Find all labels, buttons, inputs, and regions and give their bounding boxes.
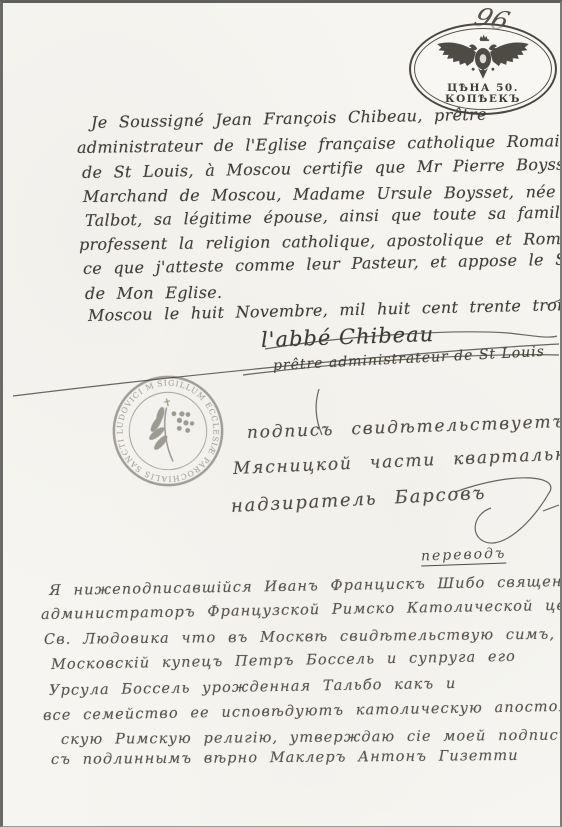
- priest-signature: l'abbé Chibeau: [261, 322, 435, 352]
- russian-line: Св. Людовика что въ Москвѣ свидѣтельству…: [44, 626, 562, 648]
- russian-line: Урсула Боссель урожденная Тальбо какъ и: [49, 676, 457, 699]
- scanned-document-page: 96 ЦѢНА 50. КОПѢЕКЪ: [0, 0, 562, 827]
- attestation-line: надзиратель Барсовъ: [230, 483, 486, 517]
- russian-line: Московскій купецъ Петръ Боссель и супруг…: [51, 649, 516, 673]
- revenue-stamp: ЦѢНА 50. КОПѢЕКЪ: [409, 23, 557, 115]
- french-line: ce que j'atteste comme leur Pasteur, et …: [83, 249, 562, 278]
- french-line: administrateur de l'Eglise française cat…: [77, 131, 562, 157]
- church-seal-icon: SIGILLUM ECCLESIÆ PAROCHIALIS SANCTI LUD…: [96, 361, 241, 501]
- attestation-line: Мясницкой части квартальный: [233, 443, 562, 479]
- russian-line: администраторъ Французской Римско Католи…: [41, 597, 562, 623]
- russian-line: съ подлиннымъ вѣрно Маклеръ Антонъ Гизет…: [51, 748, 519, 768]
- french-line: de Mon Eglise.: [85, 283, 222, 303]
- attestation-line: подписъ свидѣтельствуетъ: [247, 412, 562, 443]
- french-line: Je Soussigné Jean François Chibeau, prêt…: [91, 105, 487, 132]
- revenue-stamp-inner-border: ЦѢНА 50. КОПѢЕКЪ: [414, 28, 552, 110]
- french-line: de St Louis, à Moscou certifie que Mr Pi…: [82, 154, 562, 182]
- french-line: Talbot, sa légitime épouse, ainsi que to…: [85, 202, 562, 230]
- stamp-price-line2: КОПѢЕКЪ: [445, 94, 521, 105]
- double-headed-eagle-icon: [417, 31, 549, 89]
- translation-label: переводъ: [421, 546, 507, 567]
- french-line: Marchand de Moscou, Madame Ursule Boysse…: [83, 182, 556, 206]
- russian-line: все семейство ее исповѣдуютъ католическу…: [43, 699, 562, 724]
- russian-line: скую Римскую религію, утверждаю сіе моей…: [61, 727, 562, 748]
- russian-line: Я нижеподписавшійся Иванъ Францискъ Шибо…: [49, 573, 562, 599]
